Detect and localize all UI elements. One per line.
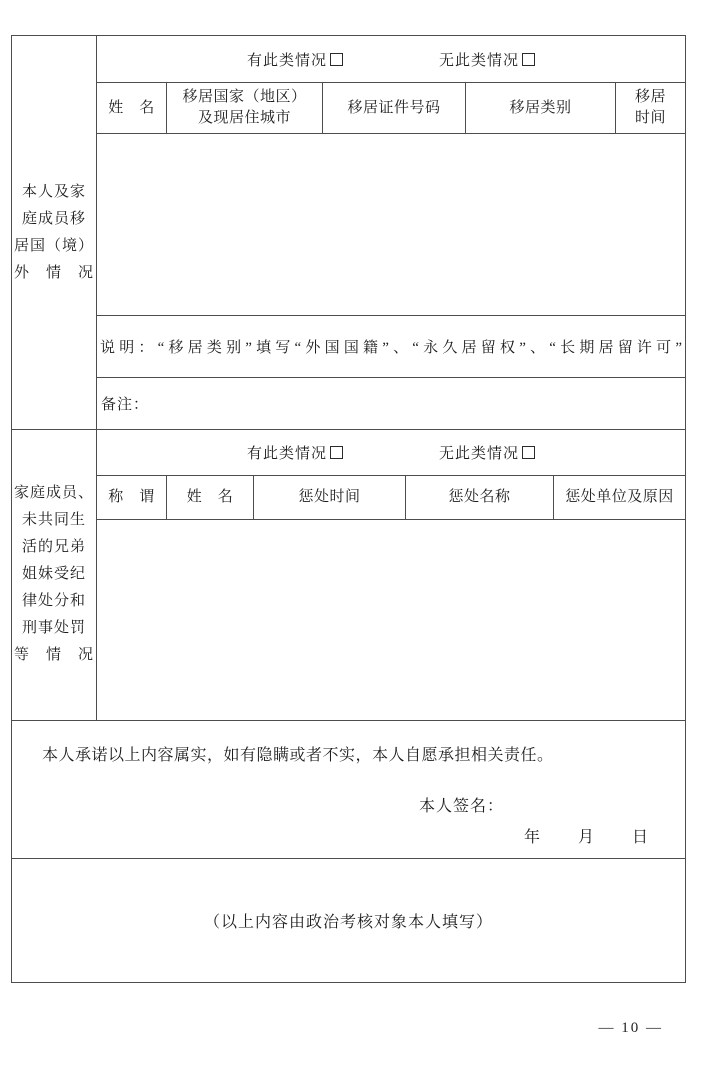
emigration-note-text: 说明：“移居类别”填写“外国国籍”、“永久居留权”、“长期居留许可” — [100, 336, 682, 357]
punishment-has-option: 有此类情况 — [247, 442, 343, 463]
punishment-none-checkbox[interactable] — [522, 446, 535, 459]
emigration-none-option: 无此类情况 — [439, 49, 535, 70]
side-label-line: 居国（境） — [14, 233, 94, 260]
column-header-certificate-number: 移居证件号码 — [323, 83, 466, 133]
punishment-availability-row: 有此类情况 无此类情况 — [97, 430, 685, 476]
punishment-header-row: 称 谓 姓 名 惩处时间 惩处名称 惩处单位及原因 — [97, 476, 685, 520]
punishment-none-option-label: 无此类情况 — [439, 442, 519, 463]
punishment-has-option-label: 有此类情况 — [247, 442, 327, 463]
column-header-name: 姓 名 — [167, 476, 254, 519]
emigration-none-option-label: 无此类情况 — [439, 49, 519, 70]
side-label-line: 本人及家 — [22, 179, 86, 206]
emigration-remark-row[interactable]: 备注： — [97, 378, 685, 429]
section-emigration-side-label: 本人及家 庭成员移 居国（境） 外 情 况 — [12, 36, 97, 429]
emigration-availability-row: 有此类情况 无此类情况 — [97, 36, 685, 83]
page-number: — 10 — — [599, 1020, 664, 1037]
column-header-punishment-name: 惩处名称 — [406, 476, 554, 519]
date-label[interactable]: 年 月 日 — [524, 824, 650, 847]
declaration-row: 本人承诺以上内容属实，如有隐瞒或者不实，本人自愿承担相关责任。 本人签名： 年 … — [12, 721, 685, 859]
side-label-line: 未共同生 — [22, 507, 86, 534]
section-emigration-body: 有此类情况 无此类情况 姓 名 移居国家（地区） 及现居住城市 — [97, 36, 685, 429]
emigration-has-option-label: 有此类情况 — [247, 49, 327, 70]
punishment-none-option: 无此类情况 — [439, 442, 535, 463]
side-label-line: 家庭成员、 — [14, 480, 94, 507]
section-family-punishment-side-label: 家庭成员、 未共同生 活的兄弟 姐妹受纪 律处分和 刑事处罚 等 情 况 — [12, 430, 97, 720]
emigration-has-option: 有此类情况 — [247, 49, 343, 70]
emigration-records-fill-area[interactable] — [97, 134, 685, 316]
emigration-has-checkbox[interactable] — [330, 53, 343, 66]
column-header-time: 移居 时间 — [616, 83, 685, 133]
column-header-name: 姓 名 — [97, 83, 167, 133]
section-family-punishment-body: 有此类情况 无此类情况 称 谓 姓 名 — [97, 430, 685, 720]
side-label-line: 庭成员移 — [22, 206, 86, 233]
column-header-country-city: 移居国家（地区） 及现居住城市 — [167, 83, 323, 133]
promise-statement: 本人承诺以上内容属实，如有隐瞒或者不实，本人自愿承担相关责任。 — [42, 742, 671, 765]
remark-label: 备注： — [101, 393, 149, 414]
signature-label[interactable]: 本人签名： — [419, 793, 504, 816]
section-family-punishment: 家庭成员、 未共同生 活的兄弟 姐妹受纪 律处分和 刑事处罚 等 情 况 有此类… — [12, 430, 685, 721]
punishment-records-fill-area[interactable] — [97, 520, 685, 720]
form-page: 本人及家 庭成员移 居国（境） 外 情 况 有此类情况 无此类情况 — [0, 0, 703, 1082]
side-label-line: 外 情 况 — [14, 260, 94, 287]
side-label-line: 刑事处罚 — [22, 615, 86, 642]
emigration-note-row: 说明：“移居类别”填写“外国国籍”、“永久居留权”、“长期居留许可” — [97, 316, 685, 378]
side-label-line: 活的兄弟 — [22, 534, 86, 561]
column-header-relation: 称 谓 — [97, 476, 167, 519]
side-label-line: 姐妹受纪 — [22, 561, 86, 588]
political-review-form-table: 本人及家 庭成员移 居国（境） 外 情 况 有此类情况 无此类情况 — [11, 35, 686, 983]
section-emigration: 本人及家 庭成员移 居国（境） 外 情 况 有此类情况 无此类情况 — [12, 36, 685, 430]
side-label-line: 等 情 况 — [14, 642, 94, 669]
emigration-header-row: 姓 名 移居国家（地区） 及现居住城市 移居证件号码 移居类别 移居 时间 — [97, 83, 685, 134]
fill-note-row: （以上内容由政治考核对象本人填写） — [12, 859, 685, 983]
column-header-punishment-unit-reason: 惩处单位及原因 — [554, 476, 685, 519]
column-header-punishment-time: 惩处时间 — [254, 476, 406, 519]
column-header-category: 移居类别 — [466, 83, 616, 133]
side-label-line: 律处分和 — [22, 588, 86, 615]
punishment-has-checkbox[interactable] — [330, 446, 343, 459]
fill-note-text: （以上内容由政治考核对象本人填写） — [204, 909, 493, 932]
emigration-none-checkbox[interactable] — [522, 53, 535, 66]
